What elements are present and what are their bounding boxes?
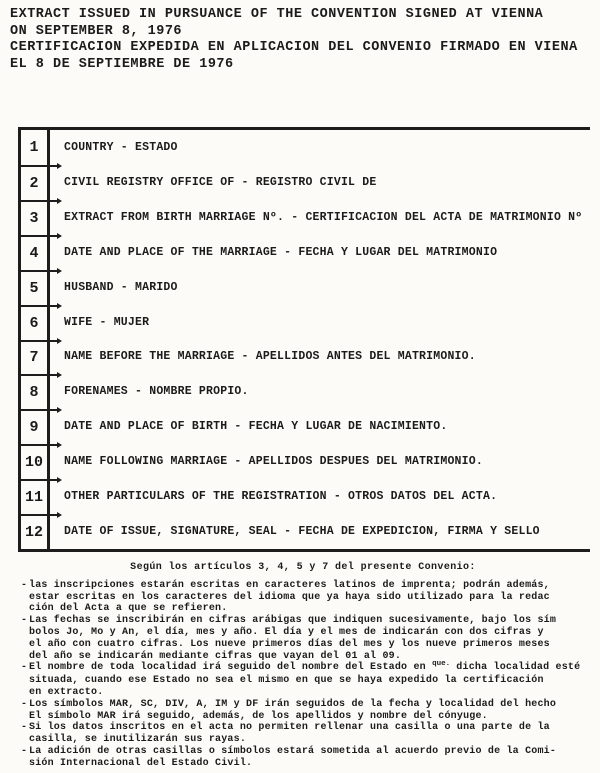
note-line: situada, cuando ese Estado no sea el mis… <box>29 675 592 687</box>
table-row: 6 WIFE - MUJER <box>18 305 590 340</box>
note-item: - Si los datos inscritos en el acta no p… <box>14 722 592 746</box>
note-line: El símbolo MAR irá seguido, además, de l… <box>29 711 592 723</box>
bullet-dash: - <box>14 722 29 746</box>
table-row: 8 FORENAMES - NOMBRE PROPIO. <box>18 374 590 409</box>
table-row: 9 DATE AND PLACE OF BIRTH - FECHA Y LUGA… <box>18 409 590 444</box>
row-number: 2 <box>18 165 50 200</box>
header-line: CERTIFICACION EXPEDIDA EN APLICACION DEL… <box>10 40 578 57</box>
row-label: DATE OF ISSUE, SIGNATURE, SEAL - FECHA D… <box>50 514 590 549</box>
note-line: casilla, se inutilizarán sus rayas. <box>29 734 592 746</box>
note-item: - Las fechas se inscribirán en cifras ar… <box>14 615 592 662</box>
table-row: 7 NAME BEFORE THE MARRIAGE - APELLIDOS A… <box>18 340 590 375</box>
table-row: 2 CIVIL REGISTRY OFFICE OF - REGISTRO CI… <box>18 165 590 200</box>
form-field-table: 1 COUNTRY - ESTADO 2 CIVIL REGISTRY OFFI… <box>18 127 590 552</box>
bullet-dash: - <box>14 615 29 662</box>
row-number: 8 <box>18 374 50 409</box>
table-row: 12 DATE OF ISSUE, SIGNATURE, SEAL - FECH… <box>18 514 590 549</box>
note-item: - Los símbolos MAR, SC, DIV, A, IM y DF … <box>14 699 592 723</box>
table-row: 4 DATE AND PLACE OF THE MARRIAGE - FECHA… <box>18 235 590 270</box>
row-number: 7 <box>18 340 50 375</box>
note-line: Las fechas se inscribirán en cifras aráb… <box>29 615 592 627</box>
table-row: 3 EXTRACT FROM BIRTH MARRIAGE Nº. - CERT… <box>18 200 590 235</box>
row-number: 4 <box>18 235 50 270</box>
note-line: La adición de otras casillas o símbolos … <box>29 746 592 758</box>
note-item: - las inscripciones estarán escritas en … <box>14 580 592 615</box>
document-header: EXTRACT ISSUED IN PURSUANCE OF THE CONVE… <box>10 7 578 73</box>
header-line: EXTRACT ISSUED IN PURSUANCE OF THE CONVE… <box>10 7 578 24</box>
bullet-dash: - <box>14 746 29 770</box>
header-line: EL 8 DE SEPTIEMBRE DE 1976 <box>10 57 578 74</box>
row-number: 6 <box>18 305 50 340</box>
row-label: CIVIL REGISTRY OFFICE OF - REGISTRO CIVI… <box>50 165 590 200</box>
row-number: 11 <box>18 479 50 514</box>
row-label: DATE AND PLACE OF BIRTH - FECHA Y LUGAR … <box>50 409 590 444</box>
row-label: DATE AND PLACE OF THE MARRIAGE - FECHA Y… <box>50 235 590 270</box>
note-line: sión Internacional del Estado Civil. <box>29 758 592 770</box>
notes-heading: Según los artículos 3, 4, 5 y 7 del pres… <box>14 562 592 574</box>
note-line: bolos Jo, Mo y An, el día, mes y año. El… <box>29 627 592 639</box>
bullet-dash: - <box>14 580 29 615</box>
note-item: - El nombre de toda localidad irá seguid… <box>14 662 592 698</box>
row-label: OTHER PARTICULARS OF THE REGISTRATION - … <box>50 479 590 514</box>
row-number: 9 <box>18 409 50 444</box>
table-row: 5 HUSBAND - MARIDO <box>18 270 590 305</box>
row-label: NAME BEFORE THE MARRIAGE - APELLIDOS ANT… <box>50 340 590 375</box>
row-label: WIFE - MUJER <box>50 305 590 340</box>
row-label: EXTRACT FROM BIRTH MARRIAGE Nº. - CERTIF… <box>50 200 590 235</box>
note-line: ción del Acta a que se refieren. <box>29 603 592 615</box>
row-number: 3 <box>18 200 50 235</box>
note-line: estar escritas en los caracteres del idi… <box>29 592 592 604</box>
note-line: el año con cuatro cifras. Los nueve prim… <box>29 639 592 651</box>
row-label: COUNTRY - ESTADO <box>50 130 590 165</box>
row-number: 12 <box>18 514 50 549</box>
row-number: 1 <box>18 130 50 165</box>
row-label: NAME FOLLOWING MARRIAGE - APELLIDOS DESP… <box>50 444 590 479</box>
inserted-word: que. <box>432 660 450 668</box>
note-item: - La adición de otras casillas o símbolo… <box>14 746 592 770</box>
row-number: 10 <box>18 444 50 479</box>
document-page: EXTRACT ISSUED IN PURSUANCE OF THE CONVE… <box>0 0 600 773</box>
note-line: del año se indicarán mediante cifras que… <box>29 651 592 663</box>
note-line: Si los datos inscritos en el acta no per… <box>29 722 592 734</box>
header-line: ON SEPTEMBER 8, 1976 <box>10 24 578 41</box>
row-number: 5 <box>18 270 50 305</box>
table-row: 11 OTHER PARTICULARS OF THE REGISTRATION… <box>18 479 590 514</box>
note-line: en extracto. <box>29 687 592 699</box>
row-label: HUSBAND - MARIDO <box>50 270 590 305</box>
bullet-dash: - <box>14 662 29 698</box>
note-line: las inscripciones estarán escritas en ca… <box>29 580 592 592</box>
table-row: 10 NAME FOLLOWING MARRIAGE - APELLIDOS D… <box>18 444 590 479</box>
table-row: 1 COUNTRY - ESTADO <box>18 130 590 165</box>
bullet-dash: - <box>14 699 29 723</box>
note-line: Los símbolos MAR, SC, DIV, A, IM y DF ir… <box>29 699 592 711</box>
row-label: FORENAMES - NOMBRE PROPIO. <box>50 374 590 409</box>
note-line: El nombre de toda localidad irá seguido … <box>29 662 592 675</box>
convention-notes: Según los artículos 3, 4, 5 y 7 del pres… <box>14 562 592 770</box>
